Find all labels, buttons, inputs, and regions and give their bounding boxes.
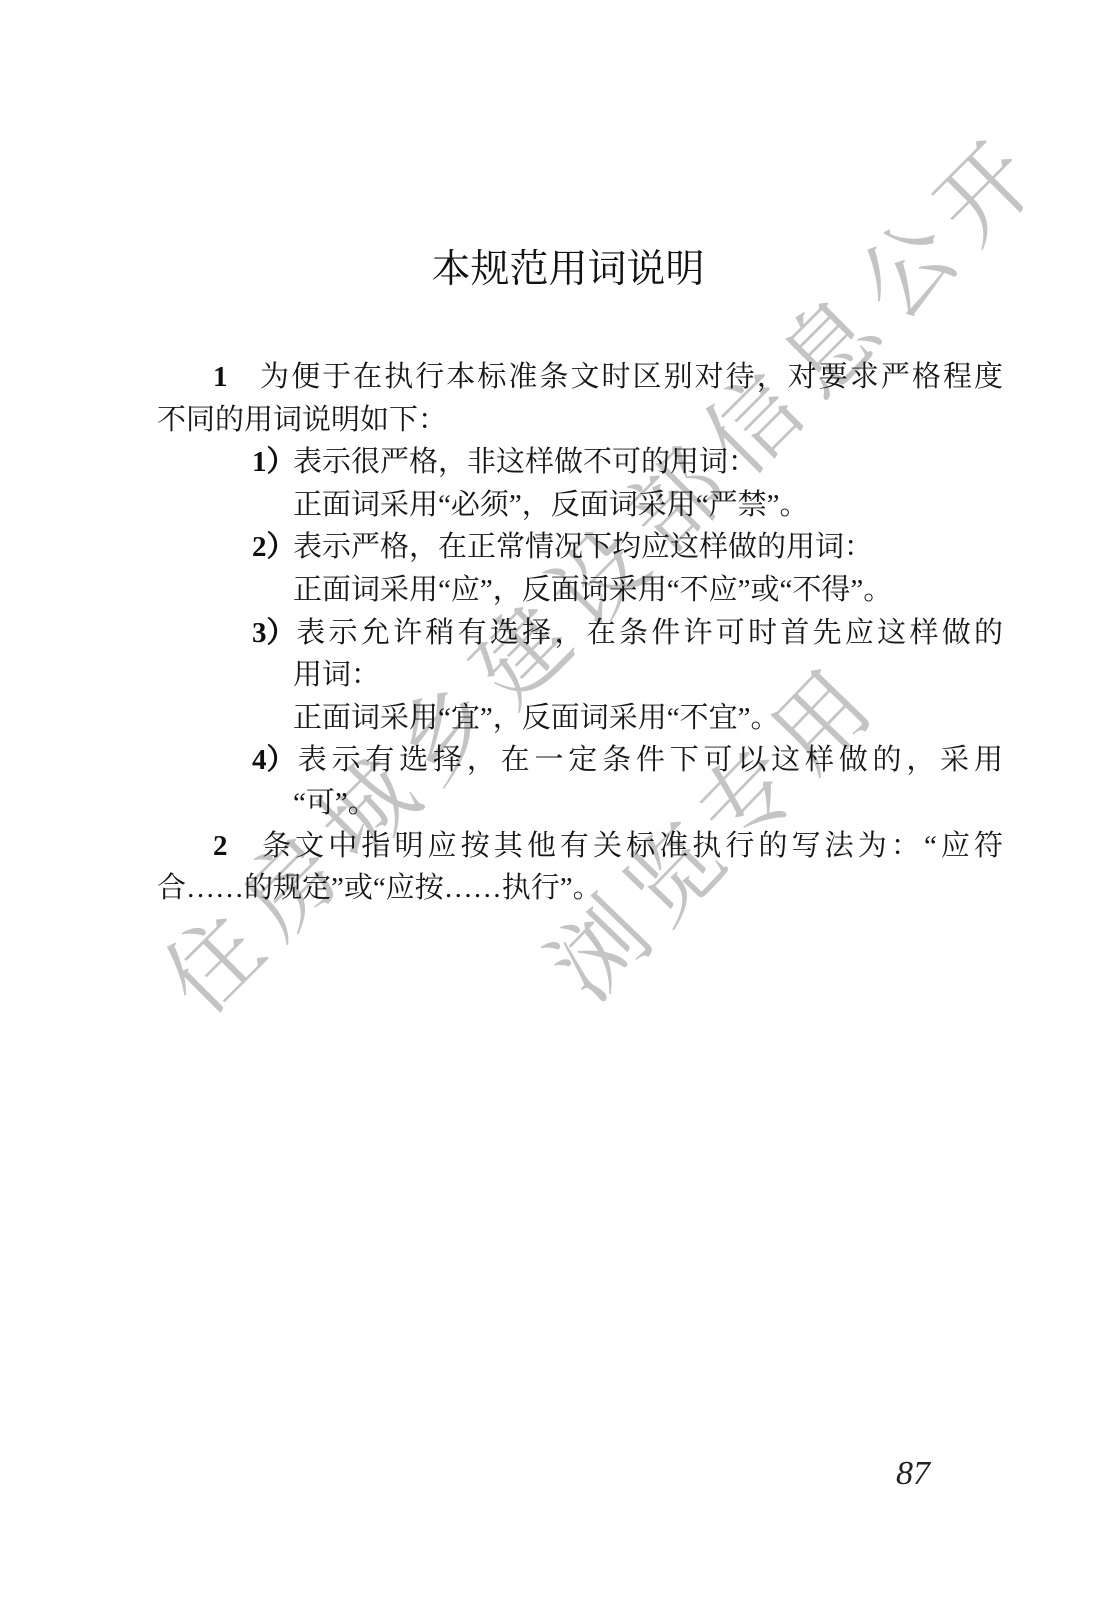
- text-line: 2条文中指明应按其他有关标准执行的写法为：“应符: [213, 825, 1003, 868]
- line-text: 表示严格，在正常情况下均应这样做的用词：: [293, 531, 873, 563]
- page-number: 87: [896, 1455, 930, 1493]
- line-text: 为便于在执行本标准条文时区别对待，对要求严格程度: [258, 361, 1003, 393]
- text-line: 1）表示很严格，非这样做不可的用词：: [252, 441, 1003, 484]
- text-line: 4）表示有选择，在一定条件下可以这样做的，采用: [252, 739, 1003, 782]
- line-text: 表示很严格，非这样做不可的用词：: [293, 446, 757, 478]
- document-page: 住房城乡建设部信息公开 浏览专用 本规范用词说明 1为便于在执行本标准条文时区别…: [0, 0, 1103, 1598]
- text-line: 1为便于在执行本标准条文时区别对待，对要求严格程度: [213, 356, 1003, 399]
- clause-number: 4）: [252, 739, 293, 782]
- text-line: 合……的规定”或“应按……执行”。: [157, 867, 1003, 910]
- line-text: 正面词采用“应”，反面词采用“不应”或“不得”。: [293, 574, 892, 606]
- line-text: “可”。: [293, 787, 377, 819]
- line-text: 表示允许稍有选择，在条件许可时首先应这样做的: [293, 617, 1003, 649]
- text-line: “可”。: [293, 782, 1003, 825]
- line-text: 正面词采用“宜”，反面词采用“不宜”。: [293, 702, 780, 734]
- text-line: 用词：: [293, 654, 1003, 697]
- text-line: 正面词采用“宜”，反面词采用“不宜”。: [293, 697, 1003, 740]
- text-line: 正面词采用“必须”，反面词采用“严禁”。: [293, 484, 1003, 527]
- page-title: 本规范用词说明: [145, 244, 991, 296]
- clause-number: 2）: [252, 526, 293, 569]
- line-text: 合……的规定”或“应按……执行”。: [157, 872, 602, 904]
- clause-number: 2: [213, 825, 258, 868]
- text-line: 2）表示严格，在正常情况下均应这样做的用词：: [252, 526, 1003, 569]
- line-text: 表示有选择，在一定条件下可以这样做的，采用: [293, 744, 1003, 776]
- line-text: 正面词采用“必须”，反面词采用“严禁”。: [293, 489, 809, 521]
- clause-number: 1）: [252, 441, 293, 484]
- line-text: 不同的用词说明如下：: [157, 404, 447, 436]
- clause-number: 3）: [252, 612, 293, 655]
- text-line: 正面词采用“应”，反面词采用“不应”或“不得”。: [293, 569, 1003, 612]
- line-text: 条文中指明应按其他有关标准执行的写法为：“应符: [258, 830, 1003, 862]
- text-line: 3）表示允许稍有选择，在条件许可时首先应这样做的: [252, 612, 1003, 655]
- text-line: 不同的用词说明如下：: [157, 399, 1003, 442]
- body-text: 1为便于在执行本标准条文时区别对待，对要求严格程度不同的用词说明如下：1）表示很…: [157, 356, 1003, 910]
- line-text: 用词：: [293, 659, 380, 691]
- clause-number: 1: [213, 356, 258, 399]
